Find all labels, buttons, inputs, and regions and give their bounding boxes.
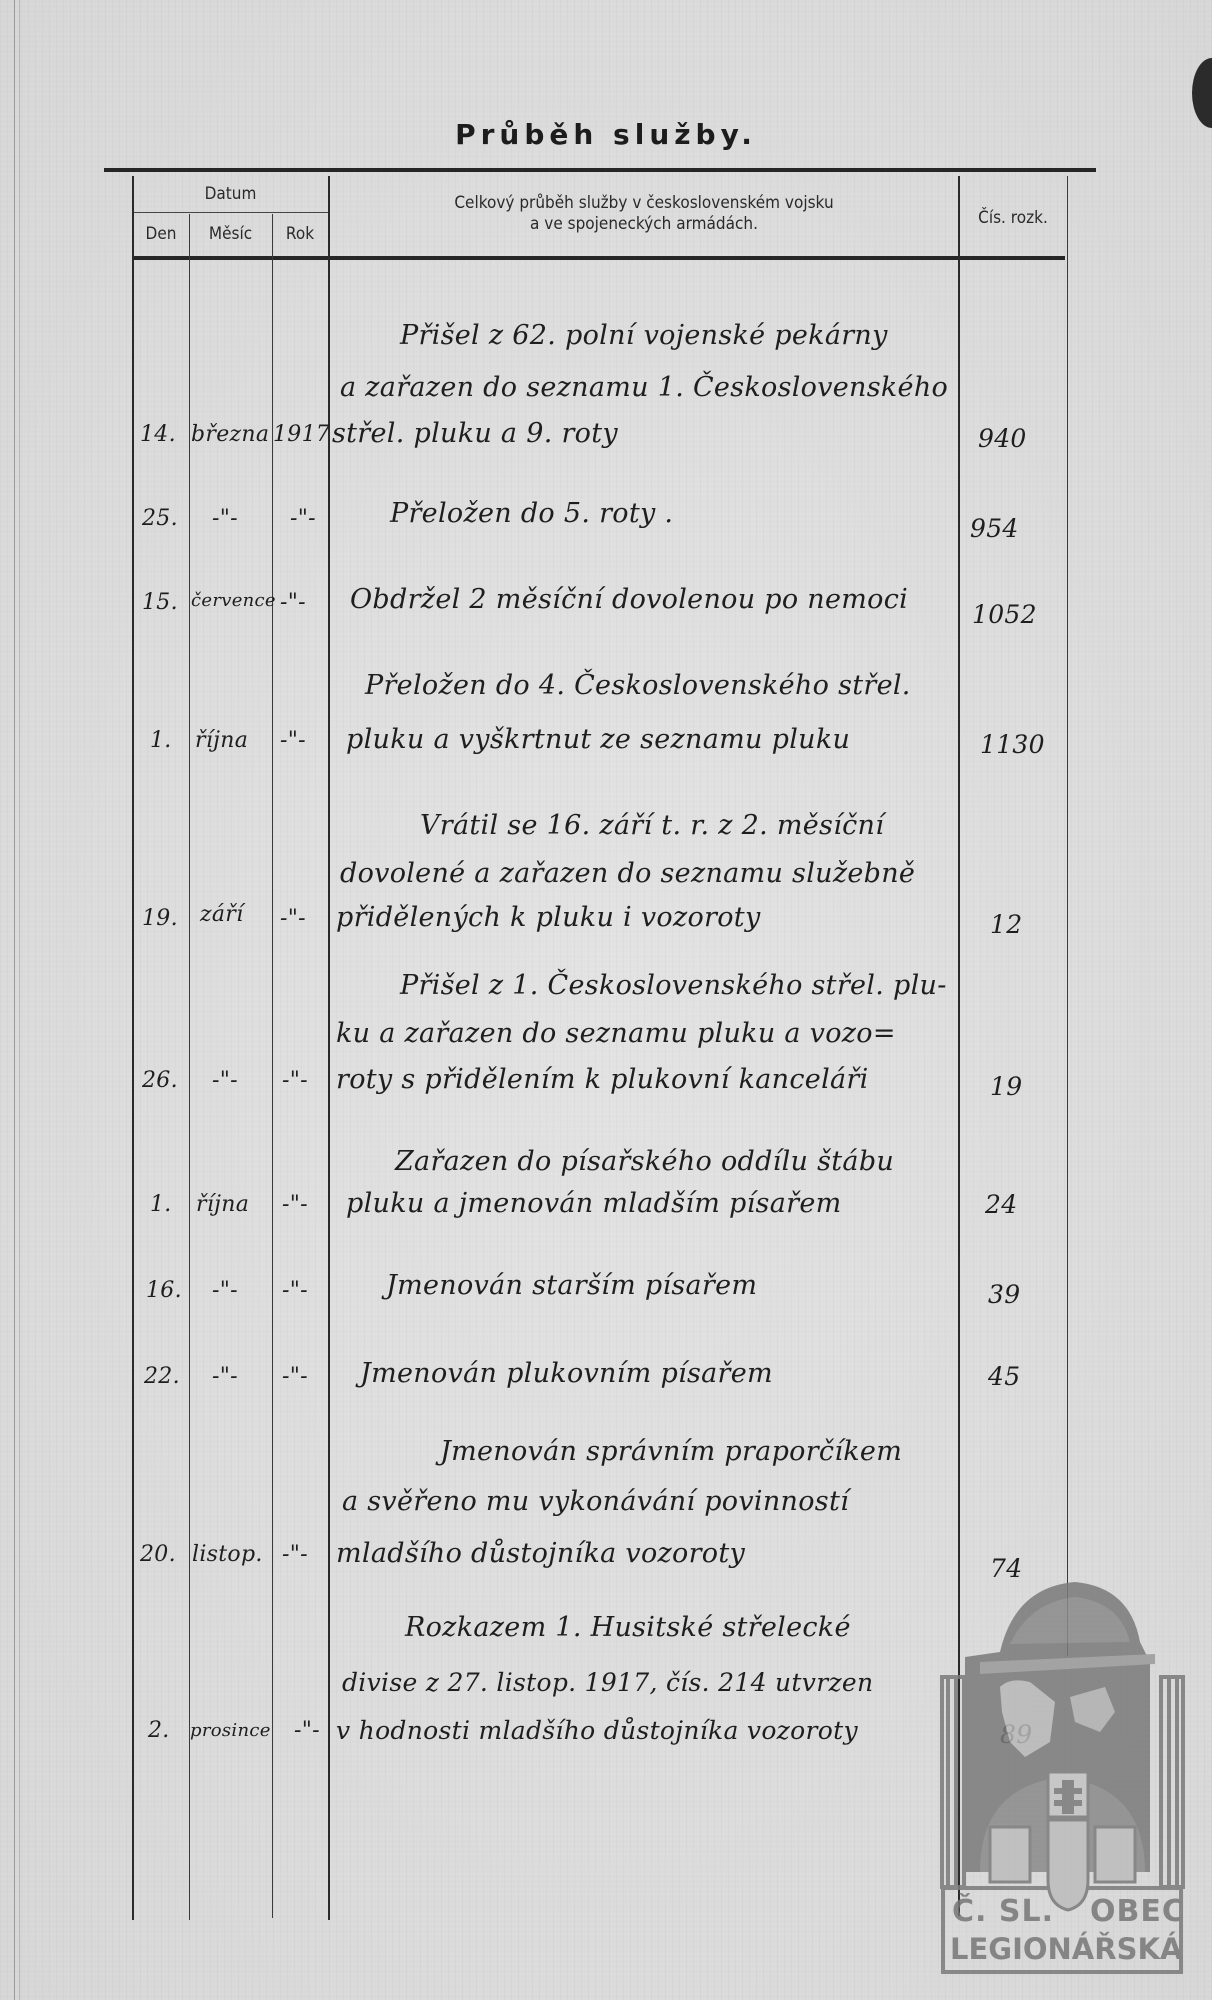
- entry-rok: -"-: [282, 1194, 308, 1216]
- entry-den: 26.: [142, 1070, 178, 1092]
- page-title: Průběh služby.: [0, 118, 1212, 151]
- entry-rok: -"-: [282, 1366, 308, 1388]
- entry-cis-rozk: 39: [988, 1282, 1020, 1307]
- entry-text-line: Přeložen do 4. Československého střel.: [365, 672, 911, 699]
- entry-rok: -"-: [282, 1280, 308, 1302]
- entry-den: 1.: [150, 730, 172, 752]
- entry-mesic: září: [200, 904, 243, 926]
- entry-den: 2.: [148, 1720, 170, 1742]
- entry-cis-rozk: 1052: [972, 602, 1037, 627]
- entry-text-line: Přeložen do 5. roty .: [390, 500, 673, 527]
- entry-mesic: -"-: [212, 1280, 238, 1302]
- datum-sub-rule: [133, 212, 328, 213]
- stamp-text-bottom: LEGIONÁŘSKÁ: [950, 1932, 1182, 1966]
- header-datum: Datum: [143, 184, 319, 204]
- entry-cis-rozk: 24: [985, 1192, 1017, 1217]
- entry-text-line: divise z 27. listop. 1917, čís. 214 utvr…: [342, 1670, 873, 1695]
- entry-text-line: Přišel z 1. Československého střel. plu-: [400, 972, 947, 999]
- entry-mesic: -"-: [212, 1366, 238, 1388]
- entry-den: 15.: [142, 592, 178, 614]
- entry-den: 14.: [140, 424, 176, 446]
- stamp-text-left: Č. SL.: [952, 1894, 1054, 1929]
- entry-text-line: dovolené a zařazen do seznamu služebně: [340, 860, 915, 887]
- entry-mesic: března: [191, 424, 269, 446]
- header-description-line1: Celkový průběh služby v československém …: [361, 193, 926, 213]
- legion-stamp-emblem: Č. SL. OBEC LEGIONÁŘSKÁ: [940, 1582, 1185, 1974]
- entry-rok: -"-: [282, 1544, 308, 1566]
- entry-rok: 1917: [273, 424, 330, 446]
- entry-mesic: října: [196, 1194, 249, 1216]
- page-edge-line: [19, 0, 20, 2000]
- entry-text-line: ku a zařazen do seznamu pluku a vozo=: [336, 1020, 896, 1047]
- entry-mesic: října: [195, 730, 248, 752]
- entry-den: 22.: [144, 1366, 180, 1388]
- entry-cis-rozk: 954: [970, 516, 1019, 541]
- entry-rok: -"-: [290, 508, 316, 530]
- entry-mesic: prosince: [190, 1722, 271, 1740]
- entry-text-line: a zařazen do seznamu 1. Československého: [340, 374, 948, 401]
- header-rok: Rok: [275, 224, 325, 244]
- table-right-border: [1067, 176, 1068, 1656]
- entry-cis-rozk: 940: [978, 426, 1027, 451]
- page-edge-line: [14, 0, 15, 2000]
- entry-text-line: pluku a jmenován mladším písařem: [346, 1190, 842, 1217]
- entry-cis-rozk: 19: [990, 1074, 1022, 1099]
- entry-rok: -"-: [282, 1070, 308, 1092]
- entry-cis-rozk: 12: [990, 912, 1022, 937]
- entry-text-line: pluku a vyškrtnut ze seznamu pluku: [346, 726, 850, 753]
- entry-mesic: listop.: [192, 1544, 263, 1566]
- mesic-rok-divider: [272, 214, 273, 1918]
- entry-rok: -"-: [294, 1720, 320, 1742]
- entry-text-line: Zařazen do písařského oddílu štábu: [395, 1148, 894, 1175]
- entry-cis-rozk: 74: [990, 1556, 1022, 1581]
- entry-rok: -"-: [280, 730, 306, 752]
- entry-den: 19.: [142, 908, 178, 930]
- entry-text-line: Obdržel 2 měsíční dovolenou po nemoci: [350, 586, 908, 613]
- entry-text-line: Přišel z 62. polní vojenské pekárny: [400, 322, 888, 349]
- entry-text-line: Jmenován plukovním písařem: [360, 1360, 773, 1387]
- entry-cis-rozk: 1130: [980, 732, 1045, 757]
- entry-den: 16.: [146, 1280, 182, 1302]
- entry-mesic: července: [191, 592, 276, 610]
- entry-text-line: mladšího důstojníka vozoroty: [336, 1540, 745, 1567]
- entry-den: 20.: [140, 1544, 176, 1566]
- top-rule: [104, 168, 1096, 172]
- stamp-text-right: OBEC: [1090, 1894, 1185, 1929]
- den-mesic-divider: [189, 214, 190, 1920]
- entry-text-line: Vrátil se 16. září t. r. z 2. měsíční: [420, 812, 884, 839]
- table-left-border: [132, 176, 134, 1920]
- entry-text-line: střel. pluku a 9. roty: [332, 420, 618, 447]
- entry-text-line: Jmenován správním praporčíkem: [440, 1438, 902, 1465]
- header-description-line2: a ve spojeneckých armádách.: [361, 214, 926, 234]
- entry-den: 25.: [142, 508, 178, 530]
- entry-rok: -"-: [280, 592, 306, 614]
- entry-text-line: Jmenován starším písařem: [386, 1272, 757, 1299]
- entry-text-line: roty s přidělením k plukovní kanceláři: [336, 1066, 869, 1093]
- entry-text-line: přidělených k pluku i vozoroty: [336, 904, 761, 931]
- header-den: Den: [136, 224, 186, 244]
- entry-text-line: v hodnosti mladšího důstojníka vozoroty: [336, 1718, 858, 1743]
- entry-cis-rozk: 45: [988, 1364, 1020, 1389]
- header-cis-rozk: Čís. rozk.: [964, 208, 1063, 228]
- entry-text-line: a svěřeno mu vykonávání povinností: [342, 1488, 849, 1515]
- entry-rok: -"-: [280, 908, 306, 930]
- entry-mesic: -"-: [212, 1070, 238, 1092]
- entry-text-line: Rozkazem 1. Husitské střelecké: [405, 1614, 851, 1641]
- header-mesic: Měsíc: [193, 224, 268, 244]
- entry-den: 1.: [150, 1194, 172, 1216]
- entry-mesic: -"-: [212, 508, 238, 530]
